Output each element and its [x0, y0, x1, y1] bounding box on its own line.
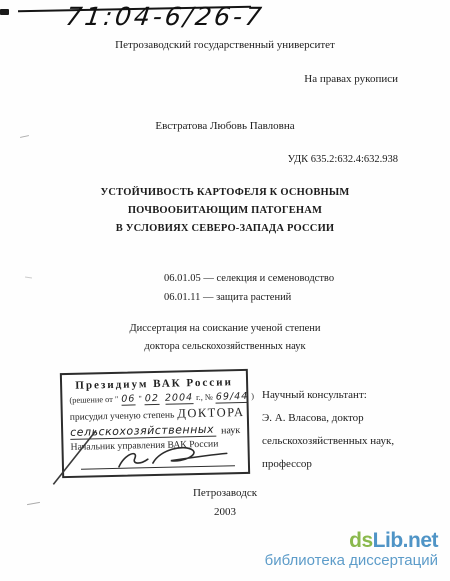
degree-statement: Диссертация на соискание ученой степени … [0, 320, 450, 356]
stamp-decision-month: 02 [145, 393, 159, 405]
consultant-label: Научный консультант: [262, 384, 394, 407]
scan-blot [0, 9, 9, 15]
scan-artifact [25, 277, 32, 279]
scan-artifact [27, 502, 40, 505]
stamp-decision-number: 69/44 [216, 391, 249, 404]
stamp-awarded-prefix: присудил ученую степень [70, 411, 175, 423]
stamp-field-line: сельскохозяйственныхнаук [70, 422, 240, 440]
city: Петрозаводск [0, 487, 450, 499]
vak-approval-stamp: Президиум ВАК России (решение от "06"022… [60, 369, 250, 478]
stamp-decision-day: 06 [121, 393, 135, 405]
specialty-codes: 06.01.05 — селекция и семеноводство 06.0… [164, 269, 334, 307]
stamp-decision-quote: " [138, 394, 142, 403]
consultant-degree: сельскохозяйственных наук, [262, 430, 394, 453]
specialty-line-1: 06.01.05 — селекция и семеноводство [164, 269, 334, 288]
stamp-field-suffix: наук [221, 425, 240, 436]
stamp-decision-year: 2004 [165, 392, 193, 405]
stamp-decision-prefix: (решение от " [69, 395, 118, 405]
dissertation-title-page: 71:04-6/26-7 Петрозаводский государствен… [0, 0, 450, 581]
title-line-1: УСТОЙЧИВОСТЬ КАРТОФЕЛЯ К ОСНОВНЫМ [0, 184, 450, 202]
university-name: Петрозаводский государственный университ… [0, 39, 450, 51]
udc-code: УДК 635.2:632.4:632.938 [288, 154, 398, 165]
stamp-degree: ДОКТОРА [177, 405, 245, 421]
dslib-logo-blue: Lib.net [373, 529, 438, 552]
author-name: Евстратова Любовь Павловна [0, 120, 450, 132]
stamp-decision-suffix: ) [251, 392, 254, 401]
degree-statement-line-1: Диссертация на соискание ученой степени [0, 320, 450, 338]
title-line-2: ПОЧВООБИТАЮЩИМ ПАТОГЕНАМ [0, 202, 450, 220]
dslib-subtitle: библиотека диссертаций [265, 553, 438, 570]
dslib-watermark: dsLib.net библиотека диссертаций [265, 529, 438, 570]
signature-line [81, 451, 235, 469]
manuscript-rights-note: На правах рукописи [304, 73, 398, 85]
consultant-rank: профессор [262, 453, 394, 476]
consultant-name: Э. А. Власова, доктор [262, 407, 394, 430]
stamp-awarded-line: присудил ученую степеньДОКТОРА [70, 405, 240, 424]
title-line-3: В УСЛОВИЯХ СЕВЕРО-ЗАПАДА РОССИИ [0, 220, 450, 238]
consultant-block: Научный консультант: Э. А. Власова, докт… [262, 384, 394, 476]
dslib-logo-green: ds [349, 529, 373, 552]
degree-statement-line-2: доктора сельскохозяйственных наук [0, 338, 450, 356]
stamp-decision-line: (решение от "06"022004г., №69/44) [69, 391, 239, 406]
accession-number: 71:04-6/26-7 [64, 2, 266, 31]
stamp-header: Президиум ВАК России [69, 376, 239, 392]
signature-icon [93, 444, 234, 473]
scan-artifact [20, 135, 29, 138]
stamp-field-handwritten: сельскохозяйственных [70, 423, 216, 440]
publication-year: 2003 [0, 506, 450, 518]
dissertation-title: УСТОЙЧИВОСТЬ КАРТОФЕЛЯ К ОСНОВНЫМ ПОЧВОО… [0, 184, 450, 238]
stamp-decision-middle: г., № [196, 393, 213, 402]
dslib-logo: dsLib.net [265, 529, 438, 552]
specialty-line-2: 06.01.11 — защита растений [164, 288, 334, 307]
